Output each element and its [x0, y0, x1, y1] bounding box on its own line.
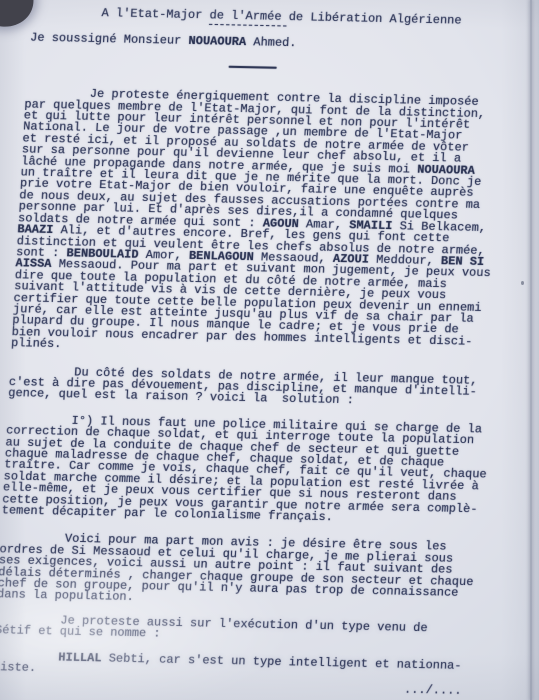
paragraph-5: Je proteste aussi sur l'exécution d'un t… [0, 614, 498, 647]
paragraph-6: HILLAL Sebti, car s'est un type intellig… [0, 651, 496, 684]
paper-right-edge [530, 0, 532, 700]
ink-speck [521, 281, 524, 285]
paragraph-2: Du côté des soldats de notre armée, il l… [8, 366, 512, 411]
paragraph-4: Voici pour ma part mon avis : je désire … [0, 533, 502, 612]
paragraph-1: Je proteste énergiquement contre la disc… [11, 88, 528, 361]
continuation-mark: .../.... [404, 684, 495, 697]
paragraph-3: I°) Il nous faut une police militaire qu… [1, 414, 509, 527]
document-photo: A l'Etat-Major de l'Armée de Libération … [0, 0, 539, 700]
document-page: A l'Etat-Major de l'Armée de Libération … [0, 0, 532, 697]
separator-line [229, 66, 277, 69]
